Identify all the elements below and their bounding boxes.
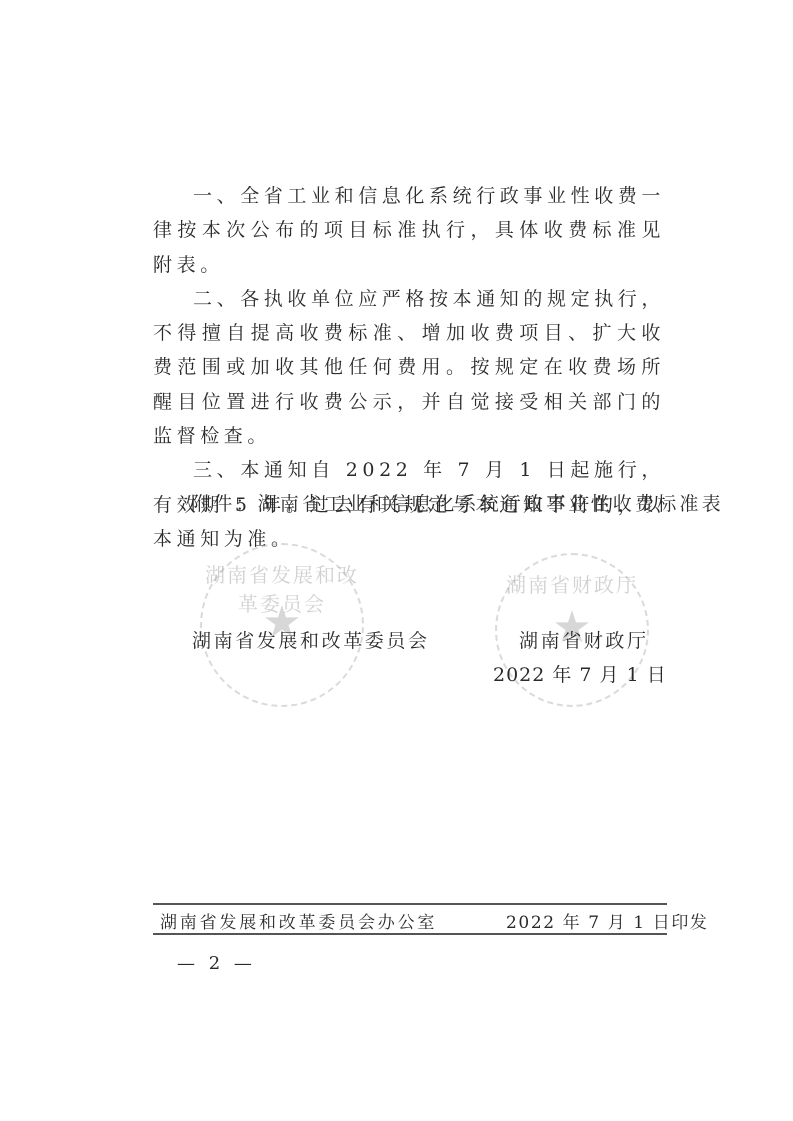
page-number: — 2 — <box>177 953 256 974</box>
official-seal-ndrc: 湖南省发展和改革委员会 ★ <box>200 543 364 707</box>
signature-date: 2022 年 7 月 1 日 <box>493 660 667 687</box>
footer-rule-bottom <box>153 933 667 935</box>
attachment-line: 附件：湖南省工业和信息化系统行政事业性收费标准表 <box>191 489 724 516</box>
footer-print-date: 2022 年 7 月 1 日印发 <box>506 908 709 933</box>
document-page: 一、全省工业和信息化系统行政事业性收费一律按本次公布的项目标准执行，具体收费标准… <box>0 0 793 1121</box>
signatory-ndrc: 湖南省发展和改革委员会 <box>192 626 430 653</box>
signatory-finance: 湖南省财政厅 <box>519 626 649 653</box>
paragraph-1: 一、全省工业和信息化系统行政事业性收费一律按本次公布的项目标准执行，具体收费标准… <box>153 179 665 282</box>
footer-issuing-office: 湖南省发展和改革委员会办公室 <box>160 908 437 933</box>
paragraph-2: 二、各执收单位应严格按本通知的规定执行，不得擅自提高收费标准、增加收费项目、扩大… <box>153 282 665 453</box>
footer-rule-top <box>153 903 667 905</box>
seal-ring-text: 湖南省财政厅 <box>497 569 647 598</box>
